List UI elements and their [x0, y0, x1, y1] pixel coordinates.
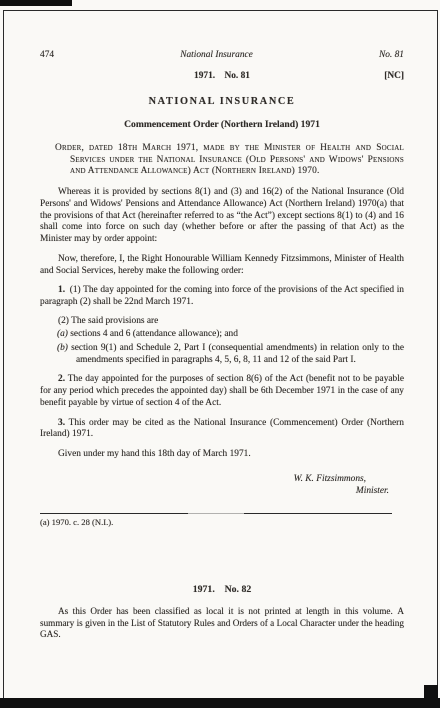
footnote-rule [40, 513, 392, 514]
article-2-text: The day appointed for the purposes of se… [40, 374, 404, 407]
next-order-note: As this Order has been classified as loc… [40, 606, 404, 640]
article-1-text: (1) The day appointed for the coming int… [40, 285, 404, 307]
docket-number: 1971. No. 81 [194, 71, 250, 81]
document-content: 474 National Insurance No. 81 1971. No. … [40, 50, 404, 650]
next-order-heading: 1971. No. 82 [40, 584, 404, 596]
running-head: 474 National Insurance No. 81 [40, 50, 404, 62]
sub-item-a-text: sections 4 and 6 (attendance allowance);… [70, 329, 238, 339]
sub-item-a: (a) sections 4 and 6 (attendance allowan… [40, 329, 404, 341]
signature-role: Minister. [40, 486, 404, 498]
document-subtitle: Commencement Order (Northern Ireland) 19… [40, 119, 404, 131]
article-3: 3. This order may be cited as the Nation… [40, 418, 404, 441]
issue-number: No. 81 [379, 50, 404, 62]
docket-line: 1971. No. 81 [NC] [40, 71, 404, 83]
article-1-paragraph-2: (2) The said provisions are [40, 316, 404, 328]
sub-item-a-marker: (a) [57, 329, 68, 339]
running-title: National Insurance [180, 50, 253, 62]
article-1: 1. (1) The day appointed for the coming … [40, 285, 404, 308]
scan-artifact-top-left [0, 0, 72, 6]
signature-name: W. K. Fitzsimmons, [40, 474, 404, 486]
sub-item-b-text: section 9(1) and Schedule 2, Part I (con… [71, 343, 404, 365]
document-title: NATIONAL INSURANCE [40, 96, 404, 108]
testimonium: Given under my hand this 18th day of Mar… [40, 449, 404, 461]
article-3-number: 3. [58, 418, 65, 428]
scan-artifact-bottom-bar [0, 698, 440, 708]
preamble: Order, dated 18th March 1971, made by th… [40, 143, 404, 178]
article-2-number: 2. [58, 374, 65, 384]
scanned-document-page: 474 National Insurance No. 81 1971. No. … [0, 0, 440, 708]
article-3-text: This order may be cited as the National … [40, 418, 404, 440]
footnote: (a) 1970. c. 28 (N.I.). [40, 517, 404, 529]
article-2: 2. The day appointed for the purposes of… [40, 374, 404, 409]
sub-item-b-marker: (b) [57, 343, 68, 353]
docket-code: [NC] [384, 71, 404, 83]
enacting-paragraph: Now, therefore, I, the Right Honourable … [40, 254, 404, 277]
sub-item-b: (b) section 9(1) and Schedule 2, Part I … [40, 343, 404, 366]
page-number: 474 [40, 50, 54, 62]
article-1-number: 1. [58, 285, 65, 295]
recital-paragraph: Whereas it is provided by sections 8(1) … [40, 187, 404, 246]
scan-artifact-bottom-right [424, 685, 438, 698]
